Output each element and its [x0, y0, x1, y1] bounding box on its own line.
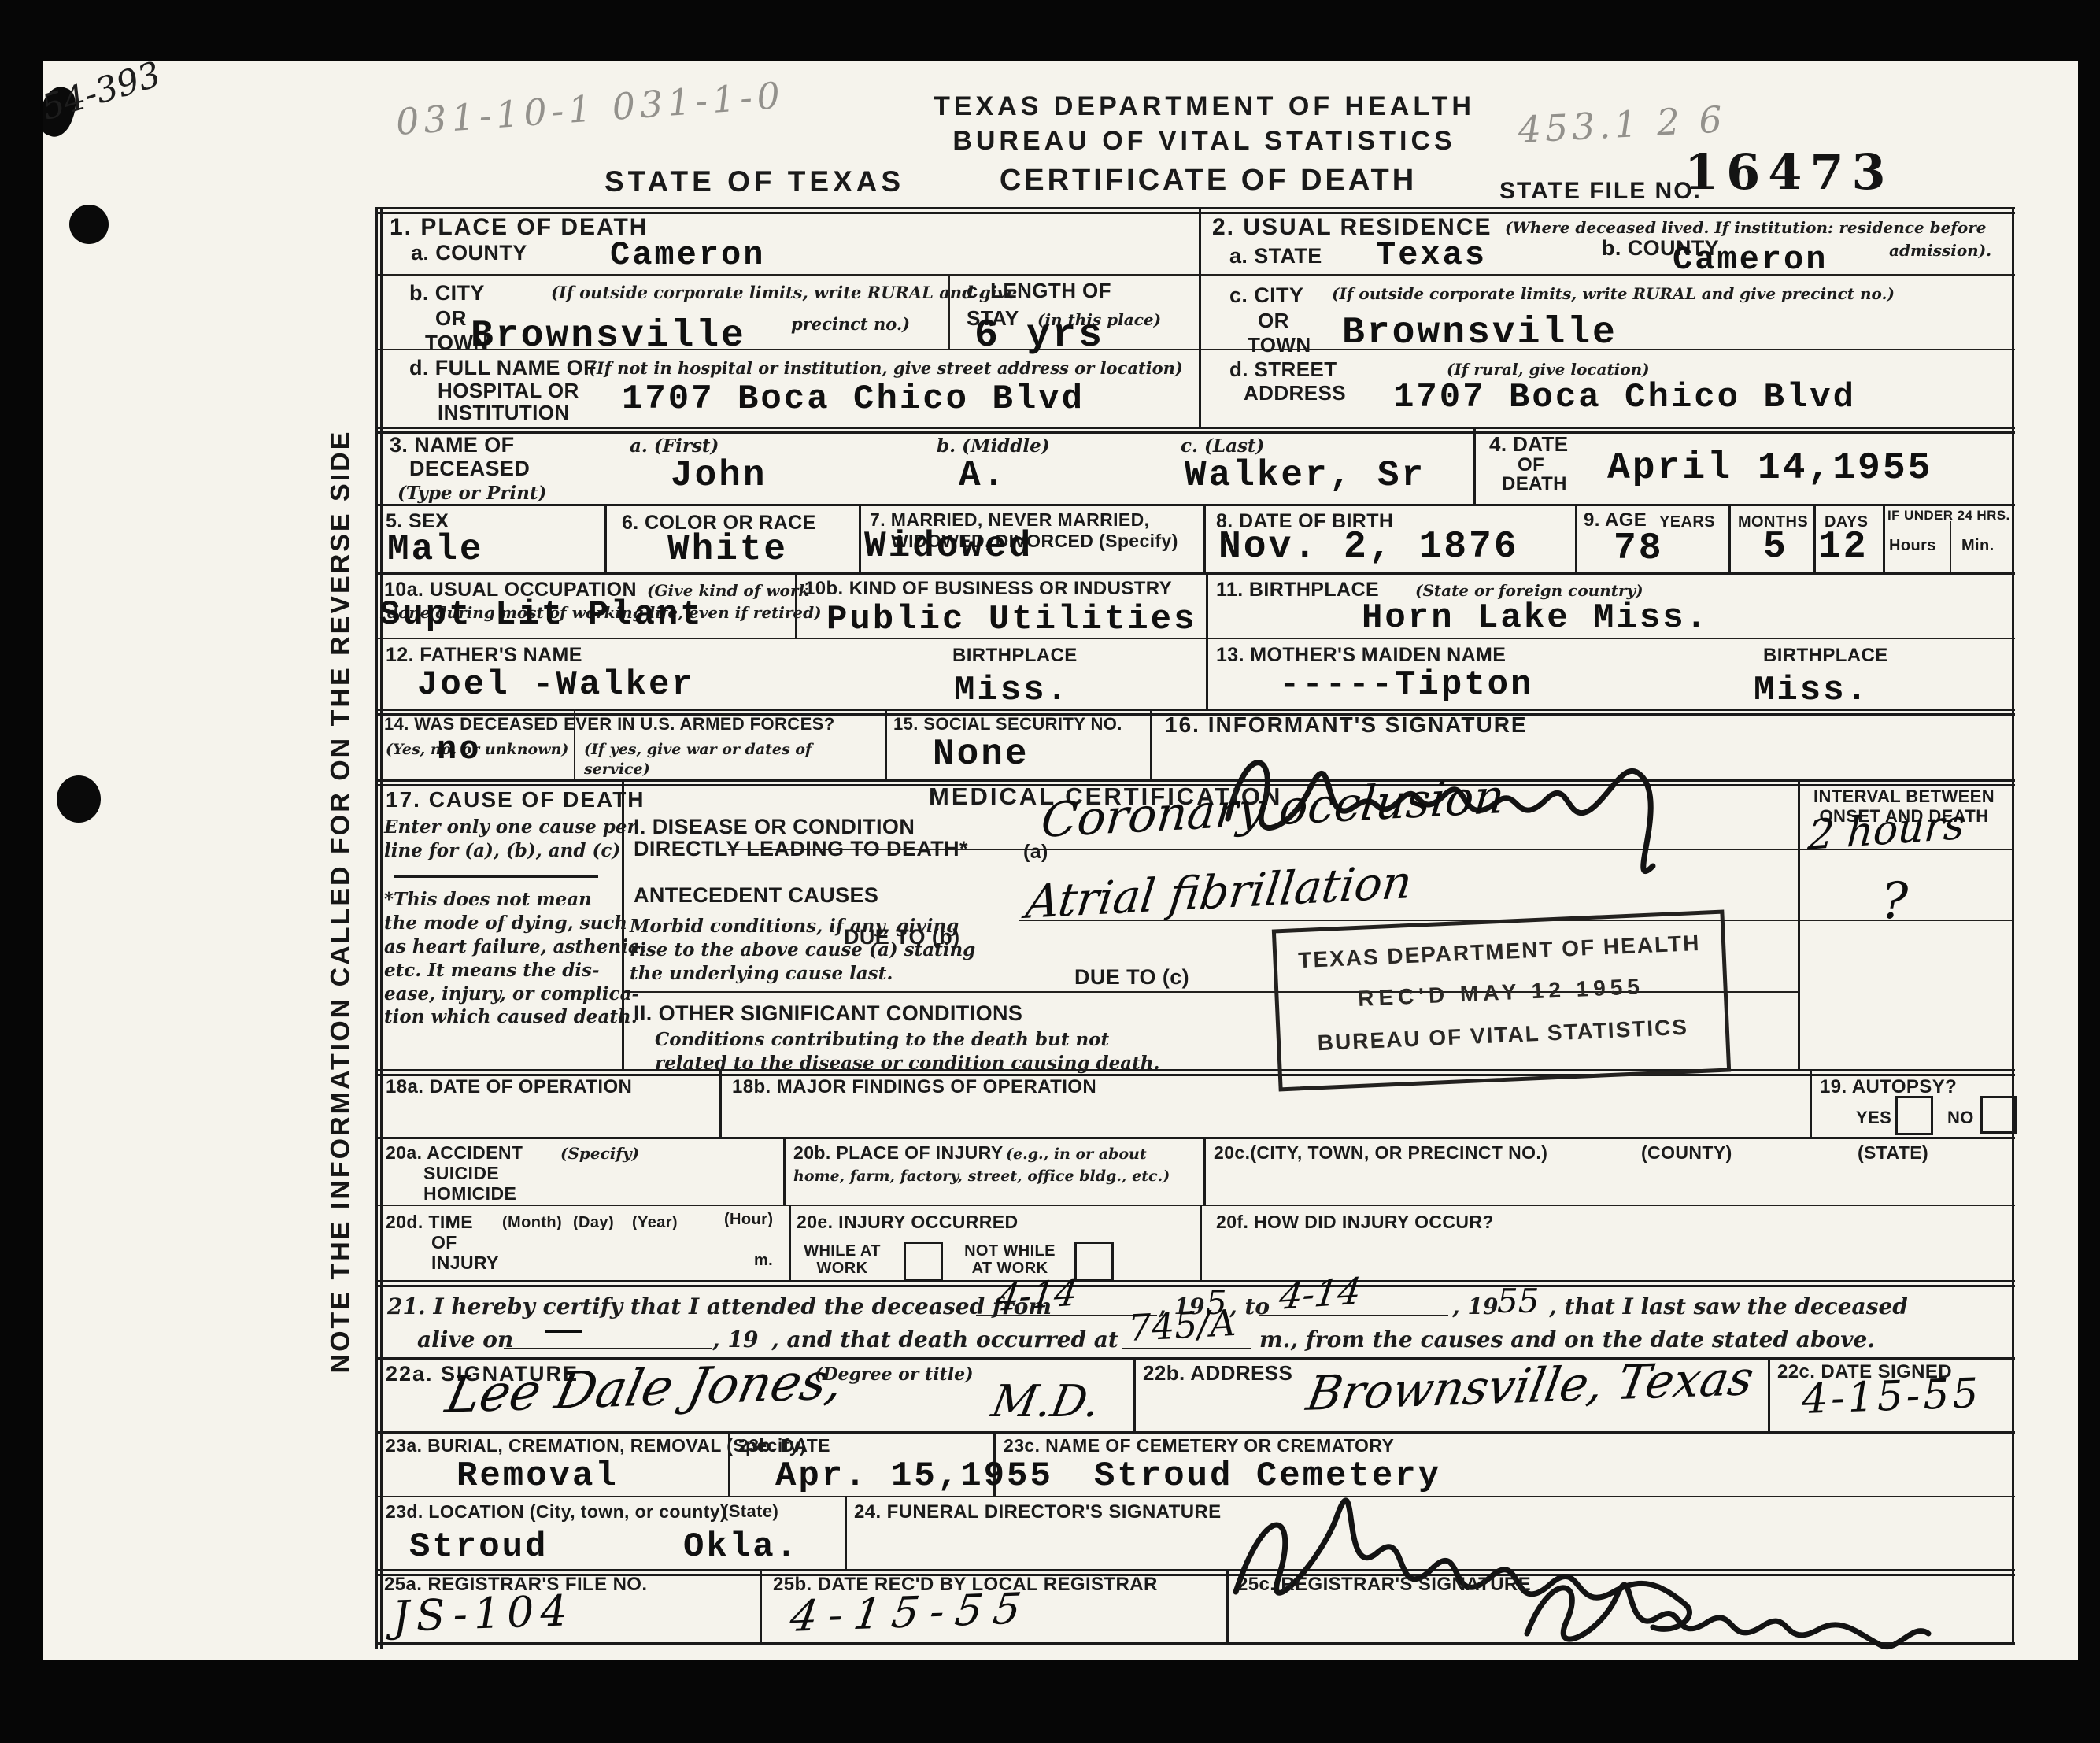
- industry-value: Public Utilities: [826, 600, 1196, 639]
- ssn-value: None: [933, 734, 1029, 775]
- injury-state-label: (STATE): [1858, 1143, 1928, 1164]
- cause-label: 17. CAUSE OF DEATH: [386, 787, 645, 812]
- due-to-b-tag: DUE TO (b): [844, 925, 960, 949]
- degree-note: (Degree or title): [815, 1364, 973, 1386]
- death-date-value: April 14,1955: [1607, 447, 1932, 490]
- residence-note1: (Where deceased lived. If institution: r…: [1505, 217, 1987, 238]
- certify-to-date: 4-14: [1277, 1269, 1364, 1318]
- certify-part3: , and that death occurred at: [771, 1326, 1118, 1354]
- under-24-label: IF UNDER 24 HRS.: [1887, 508, 2013, 523]
- stamp-line2: REC'D MAY 12 1955: [1278, 971, 1724, 1016]
- certify-alive-dash: —: [543, 1305, 584, 1353]
- residence-city-town: TOWN: [1248, 334, 1311, 357]
- birthplace-label: 11. BIRTHPLACE: [1216, 579, 1379, 601]
- certify-part1: 21. I hereby certify that I attended the…: [387, 1293, 1052, 1321]
- injury-place-note2: home, farm, factory, street, office bldg…: [793, 1167, 1170, 1186]
- header-state: STATE OF TEXAS: [604, 165, 904, 198]
- age-months-value: 5: [1763, 526, 1788, 568]
- divider: [719, 1069, 722, 1137]
- certify-19b: , 19: [1452, 1293, 1498, 1321]
- mother-value: -----Tipton: [1279, 665, 1533, 705]
- operation-findings-label: 18b. MAJOR FINDINGS OF OPERATION: [732, 1077, 1096, 1098]
- divider: [378, 1431, 2015, 1434]
- cause-note-rule: [394, 875, 598, 878]
- residence-city-label: c. CITY: [1229, 283, 1303, 307]
- certify-to-word: , to: [1229, 1293, 1270, 1321]
- injury-m-label: m.: [754, 1252, 773, 1269]
- divider: [604, 504, 607, 572]
- divider: [1810, 1069, 1812, 1137]
- divider: [1200, 1205, 1202, 1280]
- divider: [1206, 638, 1208, 709]
- county-label: a. COUNTY: [411, 241, 527, 265]
- other-conditions-label: II. OTHER SIGNIFICANT CONDITIONS: [634, 1001, 1022, 1025]
- while-at-work-label: WHILE AT WORK: [799, 1242, 885, 1278]
- institution-note: (If not in hospital or institution, give…: [589, 357, 1183, 379]
- how-injury-label: 20f. HOW DID INJURY OCCUR?: [1216, 1212, 1494, 1233]
- autopsy-yes-checkbox: [1895, 1096, 1933, 1135]
- divider: [378, 1280, 2015, 1287]
- divider: [845, 1496, 847, 1569]
- divider: [378, 427, 2015, 434]
- divider: [378, 572, 2015, 575]
- death-date-label1: 4. DATE: [1489, 433, 1569, 456]
- last-name-value: Walker, Sr: [1185, 455, 1425, 496]
- state-file-no-label: STATE FILE NO.: [1499, 178, 1702, 205]
- father-birthplace-label: BIRTHPLACE: [952, 646, 1078, 667]
- city-value: Brownsville: [471, 315, 746, 357]
- operation-date-label: 18a. DATE OF OPERATION: [386, 1077, 632, 1098]
- certify-from-date: 4-14: [993, 1271, 1081, 1319]
- name-label2: DECEASED: [409, 457, 530, 480]
- while-at-work-checkbox: [904, 1242, 943, 1281]
- divider: [1133, 1357, 1136, 1431]
- divider: [1206, 572, 1208, 638]
- divider: [1798, 779, 1800, 1069]
- injury-hour-label: (Hour): [724, 1211, 773, 1228]
- age-years-label: YEARS: [1659, 513, 1715, 531]
- burial-state-value: Okla.: [683, 1527, 799, 1567]
- divider: [1575, 504, 1577, 572]
- institution-label3: INSTITUTION: [438, 402, 570, 424]
- burial-value: Removal: [457, 1456, 619, 1496]
- divider: [1950, 521, 1951, 572]
- stamp-line1: TEXAS DEPARTMENT OF HEALTH: [1277, 930, 1722, 975]
- armed-forces-value: no: [437, 731, 481, 768]
- street-note: (If rural, give location): [1447, 359, 1650, 379]
- divider: [859, 504, 861, 572]
- cause-b-interval: ?: [1881, 872, 1908, 931]
- mother-label: 13. MOTHER'S MAIDEN NAME: [1216, 644, 1506, 666]
- injury-city-label: 20c.(CITY, TOWN, OR PRECINCT NO.): [1214, 1143, 1547, 1164]
- received-stamp: TEXAS DEPARTMENT OF HEALTH REC'D MAY 12 …: [1272, 910, 1731, 1092]
- divider: [789, 1205, 791, 1280]
- street-label2: ADDRESS: [1244, 382, 1346, 405]
- injury-time-label: 20d. TIME OF INJURY: [386, 1212, 499, 1273]
- street-value: 1707 Boca Chico Blvd: [1393, 378, 1856, 417]
- divider: [378, 1496, 2015, 1497]
- reverse-side-note: NOTE THE INFORMATION CALLED FOR ON THE R…: [326, 366, 357, 1437]
- city-label: b. CITY: [409, 281, 485, 305]
- occupation-value: Supt Lit Plant: [379, 595, 704, 635]
- burial-state-note: (State): [723, 1502, 778, 1522]
- funeral-director-label: 24. FUNERAL DIRECTOR'S SIGNATURE: [854, 1502, 1222, 1523]
- marital-value: Widowed: [864, 526, 1033, 567]
- not-while-at-work-checkbox: [1074, 1242, 1114, 1281]
- age-years-value: 78: [1614, 527, 1664, 570]
- certify-19c: , 19: [712, 1326, 758, 1354]
- institution-label: d. FULL NAME OF: [409, 356, 597, 379]
- divider: [378, 504, 2015, 506]
- autopsy-yes-label: YES: [1856, 1108, 1891, 1128]
- sex-value: Male: [387, 529, 483, 570]
- burial-date-value: Apr. 15,1955: [775, 1456, 1053, 1496]
- cause-note2: *This does not mean the mode of dying, s…: [384, 888, 646, 1029]
- divider: [783, 1137, 786, 1205]
- county-value: Cameron: [610, 236, 765, 274]
- scan-margin-right: [2078, 0, 2100, 1743]
- mother-birthplace-label: BIRTHPLACE: [1763, 646, 1888, 667]
- divider: [1203, 1137, 1206, 1205]
- punch-hole: [69, 205, 109, 244]
- divider: [1199, 207, 1201, 427]
- death-date-label3: DEATH: [1502, 474, 1567, 495]
- certify-alive: alive on: [417, 1326, 513, 1354]
- cause-note1: Enter only one cause per line for (a), (…: [384, 816, 637, 863]
- divider: [375, 207, 383, 1649]
- certify-time: 745/A: [1127, 1301, 1237, 1349]
- father-label: 12. FATHER'S NAME: [386, 644, 582, 666]
- certify-part2: , that I last saw the deceased: [1549, 1293, 1908, 1321]
- min-label: Min.: [1961, 537, 1995, 554]
- divider: [1768, 1357, 1770, 1431]
- divider: [1813, 504, 1816, 572]
- stamp-line3: BUREAU OF VITAL STATISTICS: [1280, 1013, 1725, 1058]
- physician-degree: M.D.: [988, 1376, 1104, 1427]
- registrar-file-value: JS-104: [392, 1586, 575, 1641]
- registrar-date-value: 4-15-55: [787, 1583, 1035, 1641]
- first-name-value: John: [671, 455, 767, 496]
- residence-city-note: (If outside corporate limits, write RURA…: [1332, 283, 1895, 304]
- residence-city-or: OR: [1258, 309, 1289, 332]
- father-value: Joel -Walker: [417, 665, 695, 705]
- middle-name-value: A.: [959, 455, 1007, 496]
- header-bureau: BUREAU OF VITAL STATISTICS: [929, 126, 1480, 156]
- autopsy-no-label: NO: [1947, 1108, 1974, 1128]
- name-label3: (Type or Print): [397, 482, 546, 505]
- industry-label: 10b. KIND OF BUSINESS OR INDUSTRY: [804, 579, 1172, 600]
- name-label1: 3. NAME OF: [390, 433, 515, 457]
- divider: [378, 1069, 2015, 1076]
- age-days-value: 12: [1818, 526, 1869, 568]
- divider: [378, 1137, 2015, 1139]
- not-while-at-work-label: NOT WHILE AT WORK: [959, 1242, 1061, 1278]
- scan-margin-bottom: [0, 1660, 2100, 1743]
- divider: [378, 207, 2015, 214]
- mother-birthplace-value: Miss.: [1754, 671, 1869, 710]
- disease-label1: I. DISEASE OR CONDITION: [634, 815, 915, 838]
- divider: [378, 1205, 2015, 1206]
- disease-label2: DIRECTLY LEADING TO DEATH*: [634, 837, 968, 860]
- divider: [1473, 427, 1476, 504]
- scanned-death-certificate: 54-393 NOTE THE INFORMATION CALLED FOR O…: [0, 0, 2100, 1743]
- divider: [1203, 504, 1206, 572]
- ssn-label: 15. SOCIAL SECURITY NO.: [893, 715, 1122, 735]
- armed-forces-note2: (If yes, give war or dates of service): [584, 740, 875, 779]
- injury-occurred-label: 20e. INJURY OCCURRED: [797, 1212, 1019, 1233]
- cemetery-label: 23c. NAME OF CEMETERY OR CREMATORY: [1004, 1436, 1394, 1456]
- race-value: White: [667, 529, 788, 570]
- other-conditions-note: Conditions contributing to the death but…: [655, 1028, 1159, 1075]
- city-note: (If outside corporate limits, write RURA…: [551, 282, 1017, 303]
- burial-location-label: 23d. LOCATION (City, town, or county): [386, 1502, 726, 1523]
- due-to-c-tag: DUE TO (c): [1074, 965, 1189, 989]
- institution-value: 1707 Boca Chico Blvd: [622, 379, 1085, 419]
- injury-kind-label: 20a. ACCIDENT SUICIDE HOMICIDE: [386, 1143, 523, 1204]
- residence-state-label: a. STATE: [1229, 244, 1322, 268]
- punch-hole: [57, 775, 101, 823]
- certify-part4: m., from the causes and on the date stat…: [1259, 1326, 1875, 1354]
- burial-date-label: 23b. DATE: [738, 1436, 830, 1456]
- scan-margin-top: [0, 0, 2100, 61]
- certify-to-year: 55: [1497, 1282, 1539, 1320]
- burial-location-value: Stroud: [409, 1527, 548, 1567]
- stay-label: c. LENGTH OF: [967, 279, 1111, 302]
- residence-city-value: Brownsville: [1342, 312, 1618, 354]
- divider: [1150, 709, 1152, 779]
- hours-label: Hours: [1889, 537, 1936, 554]
- injury-kind-note: (Specify): [560, 1143, 639, 1164]
- autopsy-label: 19. AUTOPSY?: [1820, 1077, 1957, 1098]
- city-label-or: OR: [435, 307, 467, 330]
- street-label: d. STREET: [1229, 358, 1337, 381]
- physician-address-label: 22b. ADDRESS: [1143, 1362, 1292, 1385]
- registrar-signature: [1511, 1559, 1936, 1661]
- autopsy-no-checkbox: [1980, 1096, 2017, 1134]
- institution-label2: HOSPITAL OR: [438, 379, 579, 402]
- divider: [1728, 504, 1731, 572]
- stay-value: 6 yrs: [974, 313, 1104, 358]
- scan-margin-left: [0, 0, 43, 1743]
- blank-line: [504, 1348, 712, 1349]
- residence-state-value: Texas: [1376, 236, 1487, 274]
- header-department: TEXAS DEPARTMENT OF HEALTH: [929, 91, 1480, 121]
- divider: [2012, 207, 2014, 1645]
- registrar-signature-label: 25c. REGISTRAR'S SIGNATURE: [1237, 1575, 1531, 1596]
- birth-date-value: Nov. 2, 1876: [1218, 526, 1519, 568]
- injury-county-label: (COUNTY): [1641, 1143, 1732, 1164]
- antecedent-label: ANTECEDENT CAUSES: [634, 883, 878, 907]
- residence-county-value: Cameron: [1673, 241, 1828, 279]
- divider: [1883, 504, 1885, 572]
- residence-note2: admission).: [1889, 240, 1991, 261]
- injury-place-note1: (e.g., in or about: [1006, 1145, 1147, 1164]
- city-note2: precinct no.): [791, 313, 910, 335]
- injury-month-label: (Month): [502, 1214, 562, 1231]
- injury-year-label: (Year): [632, 1214, 678, 1231]
- injury-place-label: 20b. PLACE OF INJURY: [793, 1143, 1004, 1164]
- date-signed-value: 4-15-55: [1801, 1370, 1983, 1423]
- state-file-number: 16473: [1684, 143, 1894, 201]
- divider: [760, 1569, 762, 1642]
- birthplace-value: Horn Lake Miss.: [1362, 598, 1709, 638]
- header-title: CERTIFICATE OF DEATH: [980, 164, 1436, 198]
- injury-day-label: (Day): [573, 1214, 614, 1231]
- father-birthplace-value: Miss.: [954, 671, 1070, 710]
